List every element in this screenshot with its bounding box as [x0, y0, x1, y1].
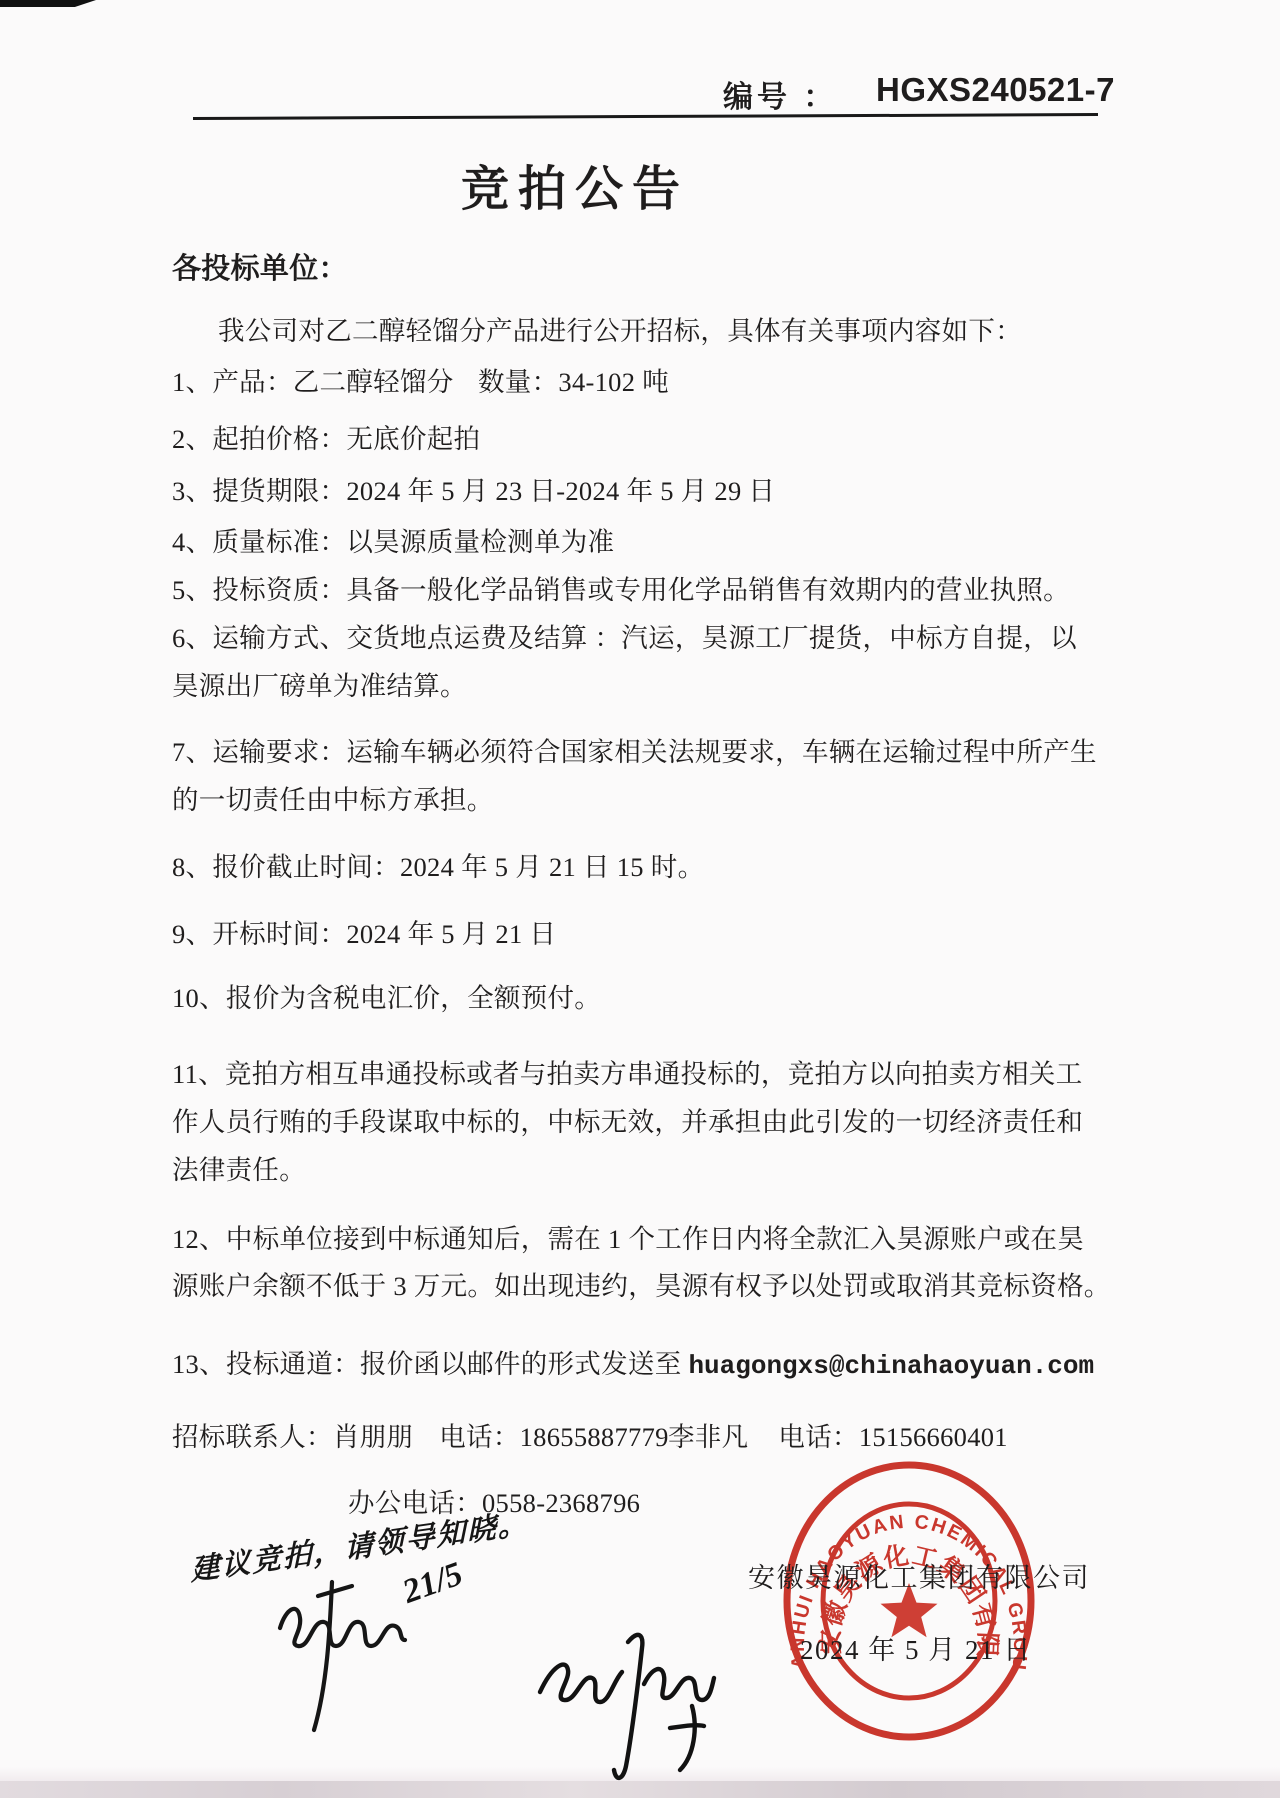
item-9: 9、开标时间：2024 年 5 月 21 日	[172, 918, 556, 951]
item-12-line2: 源账户余额不低于 3 万元。如出现违约，昊源有权予以处罚或取消其竞标资格。	[172, 1270, 1111, 1303]
item-13-text: 13、投标通道：报价函以邮件的形式发送至	[172, 1349, 688, 1379]
item-2: 2、起拍价格：无底价起拍	[172, 423, 480, 456]
item-7-line2: 的一切责任由中标方承担。	[172, 784, 494, 817]
handwritten-signature-center	[520, 1630, 720, 1798]
company-name: 安徽昊源化工集团有限公司	[748, 1556, 1090, 1595]
bid-email: huagongxs@chinahaoyuan.com	[688, 1351, 1094, 1381]
item-7-line1: 7、运输要求：运输车辆必须符合国家相关法规要求，车辆在运输过程中所产生	[172, 736, 1097, 769]
contact-name-1: 肖朋朋	[333, 1422, 413, 1452]
scan-edge-artifact	[0, 0, 96, 7]
contact-phone-label-2: 电话：	[778, 1422, 858, 1452]
item-6-line2: 昊源出厂磅单为准结算。	[172, 670, 467, 703]
item-5: 5、投标资质：具备一般化学品销售或专用化学品销售有效期内的营业执照。	[172, 574, 1070, 607]
doc-number: HGXS240521-7	[876, 71, 1115, 109]
contact-row-2: 李非凡电话：15156660401	[668, 1421, 1008, 1454]
item-10: 10、报价为含税电汇价，全额预付。	[172, 982, 601, 1015]
item-13: 13、投标通道：报价函以邮件的形式发送至 huagongxs@chinahaoy…	[172, 1348, 1094, 1383]
salutation: 各投标单位：	[172, 253, 348, 286]
document-title: 竞拍公告	[0, 150, 1150, 219]
contact-row-1: 招标联系人：肖朋朋电话：18655887779	[172, 1421, 669, 1454]
contact-phone-2: 15156660401	[859, 1422, 1008, 1452]
item-6-line1: 6、运输方式、交货地点运费及结算 ：汽运，昊源工厂提货，中标方自提，以	[172, 622, 1077, 655]
item-11-line1: 11、竞拍方相互串通投标或者与拍卖方串通投标的，竞拍方以向拍卖方相关工	[172, 1058, 1083, 1091]
item-1-product: 1、产品：乙二醇轻馏分	[172, 366, 454, 399]
doc-number-label: 编号 ：	[723, 72, 837, 116]
company-seal-stamp: ANHUI HAOYUAN CHEMICAL GROUP CO., LTD. 安…	[780, 1458, 1038, 1744]
header-underline	[193, 113, 1098, 120]
item-3: 3、提货期限：2024 年 5 月 23 日-2024 年 5 月 29 日	[172, 475, 775, 508]
contact-name-2: 李非凡	[668, 1422, 748, 1452]
item-4: 4、质量标准：以昊源质量检测单为准	[172, 526, 614, 559]
contact-phone-label-1: 电话：	[439, 1422, 519, 1452]
document-date: 2024 年 5 月 21 日	[800, 1628, 1032, 1667]
intro-line: 我公司对乙二醇轻馏分产品进行公开招标，具体有关事项内容如下：	[218, 315, 1022, 348]
scanned-document-page: 编号 ： HGXS240521-7 竞拍公告 各投标单位： 我公司对乙二醇轻馏分…	[0, 0, 1280, 1798]
contact-label: 招标联系人：	[172, 1422, 333, 1452]
item-8: 8、报价截止时间：2024 年 5 月 21 日 15 时。	[172, 851, 704, 884]
item-1-quantity: 数量：34-102 吨	[478, 366, 669, 399]
item-12-line1: 12、中标单位接到中标通知后，需在 1 个工作日内将全款汇入昊源账户或在昊	[172, 1223, 1084, 1256]
contact-phone-1: 18655887779	[520, 1422, 669, 1452]
item-11-line3: 法律责任。	[172, 1154, 306, 1187]
item-11-line2: 作人员行贿的手段谋取中标的，中标无效，并承担由此引发的一切经济责任和	[172, 1106, 1083, 1139]
